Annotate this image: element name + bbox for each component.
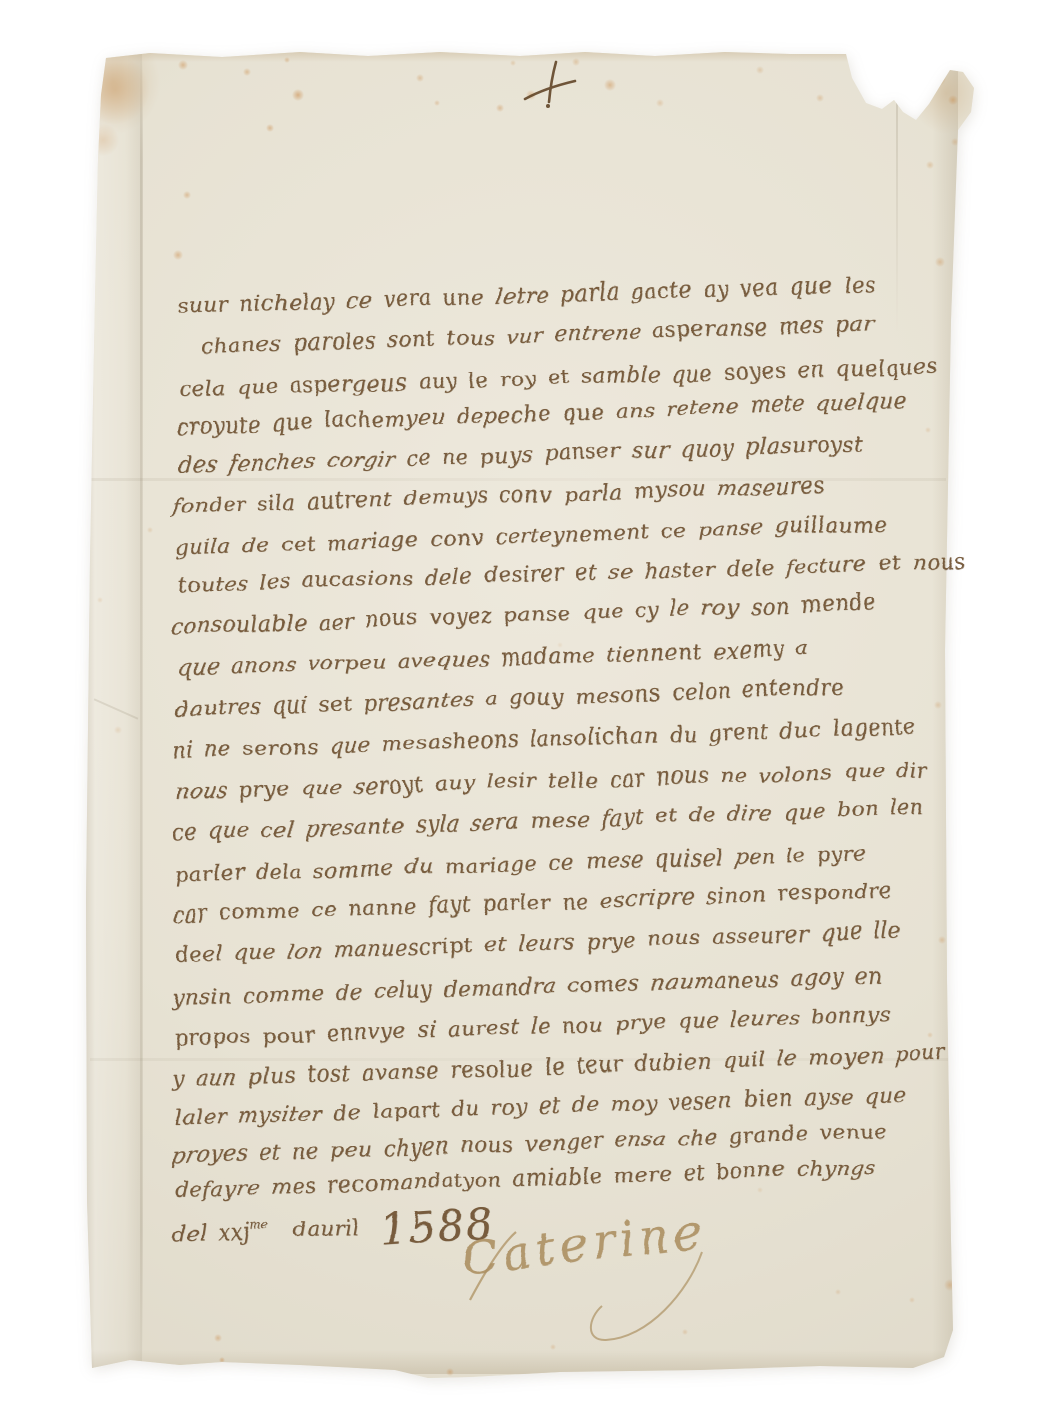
signature-caterine: Caterine <box>459 1206 709 1283</box>
manuscript-line: dautres qui set presantes a gouy mesons … <box>175 677 845 722</box>
date-superscript: me <box>250 1218 269 1233</box>
manuscript-line: fonder sila autrent demuys conv parla my… <box>172 475 826 517</box>
date-prefix: del xxj <box>172 1219 251 1247</box>
date-month: dauril <box>291 1215 359 1242</box>
manuscript-line: parler dela somme du mariage ce mese qui… <box>175 843 869 886</box>
manuscript-line: consoulable aer nous voyez panse que cy … <box>172 591 877 638</box>
manuscript-line: chanes paroles sont tous vur entrene asp… <box>203 314 874 359</box>
manuscript-line: que anons vorpeu aveques madame tiennent… <box>178 638 810 679</box>
manuscript-line: des fenches corgir ce ne puys panser sur… <box>178 433 864 477</box>
manuscript-line: suur nichelay ce vera une letre parla ga… <box>178 274 875 317</box>
manuscript-line: nous prye que seroyt auy lesir telle car… <box>175 760 928 804</box>
photo-backdrop: suur nichelay ce vera une letre parla ga… <box>0 0 1041 1427</box>
manuscript-line: ni ne serons que mesasheons lansolichan … <box>172 716 917 762</box>
manuscript-line: ce que cel presante syla sera mese fayt … <box>172 796 924 845</box>
handwriting-layer: suur nichelay ce vera une letre parla ga… <box>0 0 1041 1427</box>
manuscript-line: deel que lon manuescript et leurs prye n… <box>175 921 902 967</box>
date-line: del xxjme dauril 1588 <box>171 1195 495 1248</box>
manuscript-line: car comme ce nanne fayt parler ne escrip… <box>172 880 893 927</box>
manuscript-line: ynsin comme de celuy demandra comes naum… <box>172 966 883 1010</box>
manuscript-line: guila de cet mariage conv certeynement c… <box>175 513 887 559</box>
manuscript-line: y aun plus tost avanse resolue le teur d… <box>172 1043 947 1090</box>
manuscript-line: propos pour ennvye si aurest le nou prye… <box>175 1004 892 1050</box>
